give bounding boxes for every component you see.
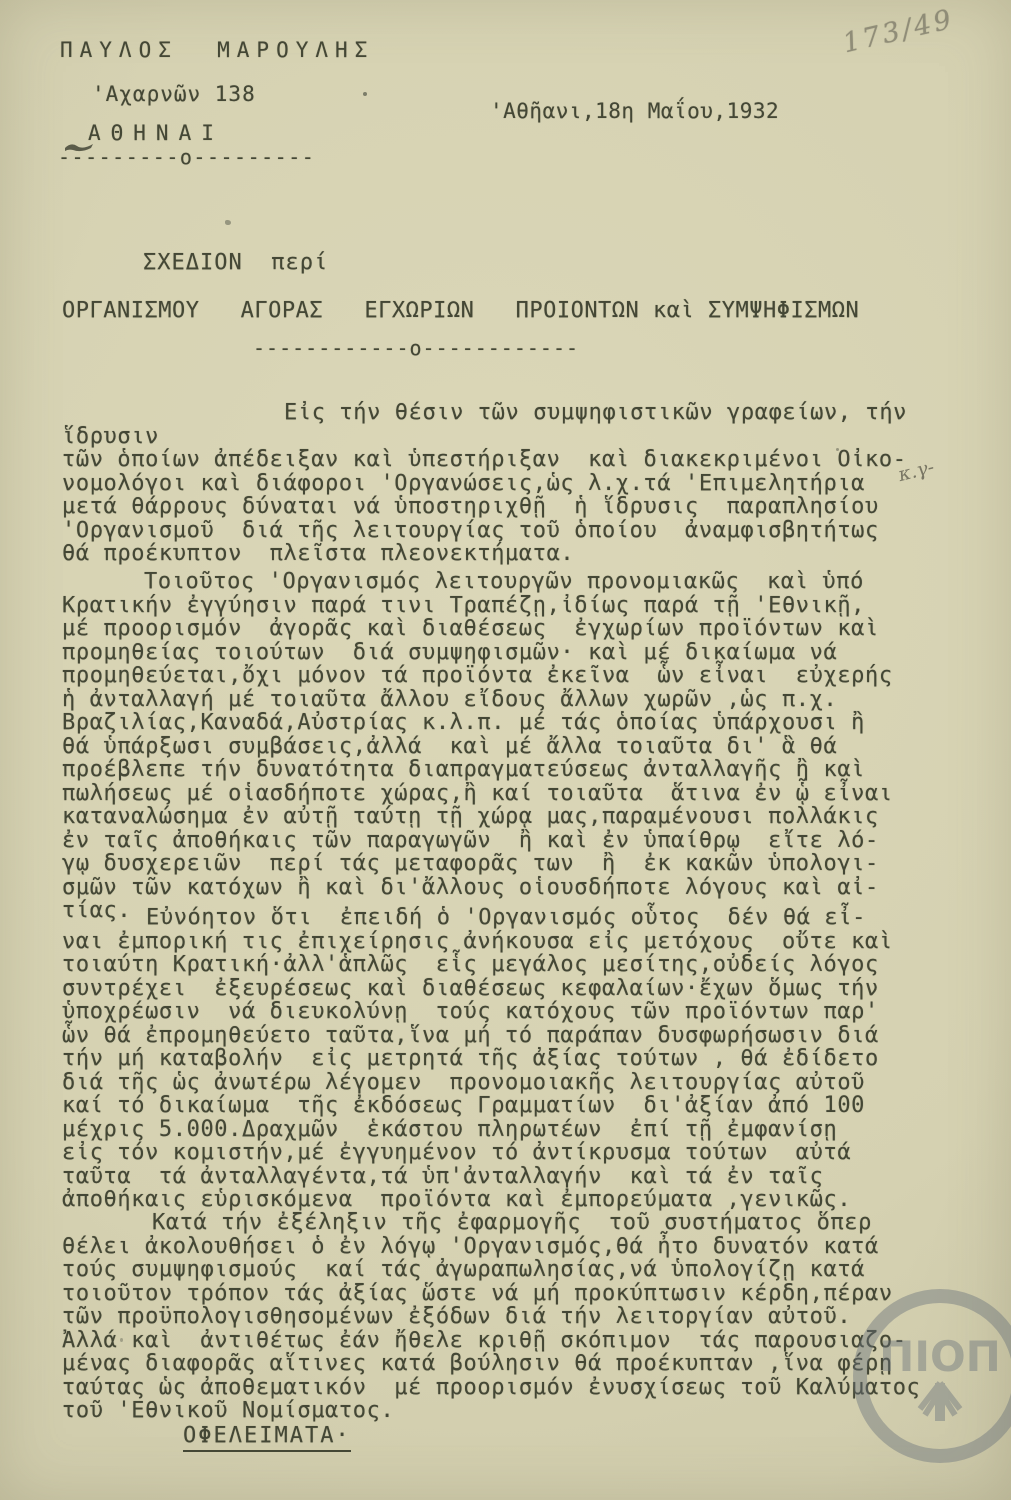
title-divider: ------------ο------------ (253, 336, 579, 360)
letterhead-city: ΑΘΗΝΑΙ (88, 121, 224, 145)
scribble-icon (63, 139, 97, 155)
stamp-seal-icon: ΠΙΟΠ (851, 1287, 1011, 1465)
archive-stamp-watermark: ΠΙΟΠ (832, 1268, 1011, 1469)
paragraph-3: Εὐνόητον ὅτι ἐπειδή ὁ 'Οργανισμός οὗτος … (62, 906, 967, 1212)
letterhead-address: 'Αχαρνῶν 138 (92, 82, 256, 106)
section-heading: ΟΦΕΛΕΙΜΑΤΑ· (183, 1423, 351, 1452)
date-line: 'Αθῆανι,18η Μαΐου,1932 (490, 99, 779, 123)
paper-speck (225, 220, 231, 225)
paper-speck (363, 92, 367, 96)
letterhead-name: ΠΑΥΛΟΣ ΜΑΡΟΥΛΗΣ (60, 38, 374, 62)
document-title-line2: ΟΡΓΑΝΙΣΜΟΥ ΑΓΟΡΑΣ ΕΓΧΩΡΙΩΝ ΠΡΟΙΟΝΤΩΝ καὶ… (62, 298, 859, 323)
paper-speck (836, 448, 839, 451)
margin-scribble-mark (44, 120, 97, 159)
paragraph-2: Τοιοῦτος 'Οργανισμός λειτουργῶν προνομια… (62, 570, 967, 923)
paper-speck (120, 1338, 123, 1342)
paragraph-1: Εἰς τήν θέσιν τῶν συμψηφιστικῶν γραφείων… (62, 401, 967, 566)
document-title-line1: ΣΧΕΔΙΟΝ περί (143, 250, 328, 275)
stamp-letters: ΠΙΟΠ (879, 1332, 1001, 1381)
